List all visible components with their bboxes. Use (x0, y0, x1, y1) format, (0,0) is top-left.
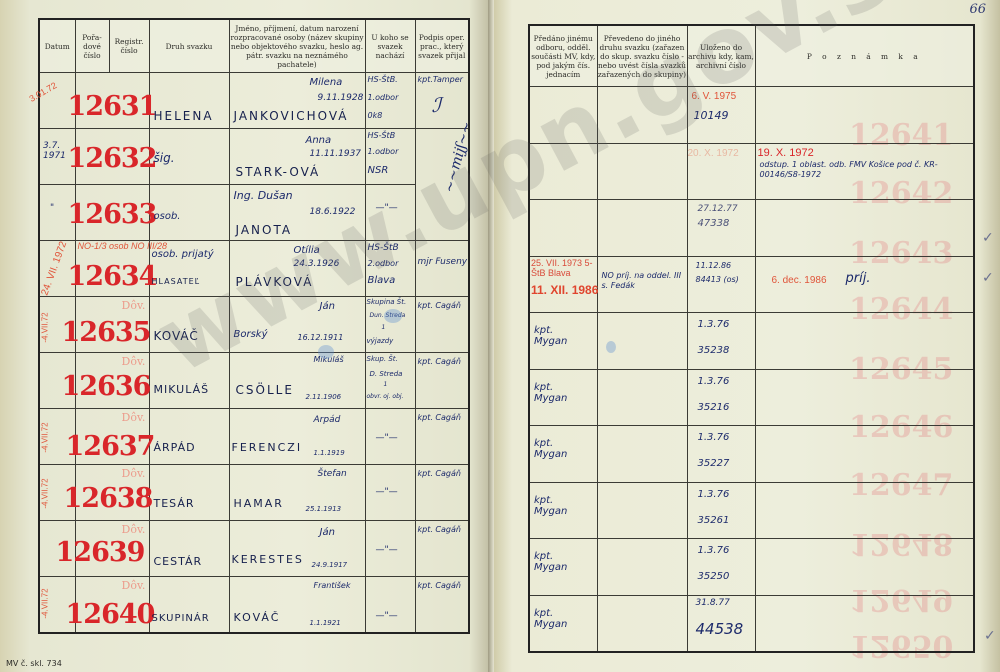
registry-number-stamp: 12637 (66, 431, 155, 462)
table-row: -4.VII.72 Dôv. 12638 TESÁR Štefan HAMAR … (39, 465, 469, 521)
first-name: Ján (320, 527, 335, 538)
surname: PLÁVKOVÁ (236, 275, 314, 289)
birth-date: 16.12.1911 (298, 333, 344, 342)
handed-over-stamp: 11. XII. 1986 (531, 283, 598, 297)
file-type: TESÁR (154, 497, 195, 510)
table-row: Dôv. 12639 CESTÁR Ján KERESTES 24.9.1917… (39, 521, 469, 577)
registry-number-stamp: 12633 (68, 199, 157, 230)
location-line: HS-ŠtB (368, 131, 396, 140)
date-stamp: -4.VII.72 (41, 588, 50, 618)
location-line: HS-ŠtB. (368, 75, 398, 84)
ink-blot (318, 345, 334, 359)
registry-number-stamp: 12638 (64, 483, 153, 514)
table-row: 3.01.72 12631 HELENA Milena 9.11.1928 JA… (39, 73, 469, 129)
right-ledger-page: 66 12641 12642 12643 12644 12645 12646 1… (494, 0, 1000, 672)
location-line: HS-ŠtB (368, 243, 399, 253)
location-line: 1.odbor (368, 147, 399, 156)
birth-date: 1.1.1921 (310, 619, 341, 627)
date-stamp: -4.VII.72 (41, 478, 50, 508)
first-name: Arpád (314, 415, 341, 425)
archive-date: 31.8.77 (696, 598, 730, 608)
officer-signature: kpt. Cagáň (418, 357, 461, 366)
officer-signature: kpt.Tamper (418, 75, 463, 84)
officer-signature: kpt. Cagáň (418, 469, 461, 478)
officer-signature: mjr Fuseny (418, 257, 468, 267)
col-header-handed-over: Předáno jinému odboru, odděl. součásti M… (529, 25, 597, 87)
table-row: 24. VII. 1972 NO-1/3 osob NO III/28 1263… (39, 241, 469, 297)
birth-date: 25.1.1913 (306, 505, 342, 513)
archive-number: 47338 (698, 218, 730, 229)
file-type: osob. prijatý (152, 249, 214, 260)
col-header-date: Datum (39, 19, 75, 73)
table-row: -4.VII.72 Dôv. 12635 KOVÁČ Ján Borský 16… (39, 297, 469, 353)
archive-date: 11.12.86 (696, 261, 732, 270)
location-ditto: —"— (376, 487, 398, 497)
birth-date: 24.3.1926 (294, 259, 340, 269)
table-row: Dôv. 12636 MIKULÁŠ Mikuláš CSÖLLE 2.11.1… (39, 353, 469, 409)
archive-date: 1.3.76 (698, 489, 730, 500)
date-stamp: 3.01.72 (28, 80, 59, 104)
surname: KOVÁČ (234, 611, 281, 624)
registry-table-left: Datum Pořa-dové číslo Registr. číslo Dru… (38, 18, 470, 634)
col-header-transferred: Převedeno do jiného druhu svazku (zařaze… (597, 25, 687, 87)
location-line: 1 (382, 324, 386, 331)
location-line: 2.odbor (368, 259, 399, 268)
table-row: 6. V. 1975 10149 (529, 87, 974, 144)
registry-number-stamp: 12634 (68, 261, 157, 292)
archive-date: 1.3.76 (698, 545, 730, 556)
table-row: kpt. Mygan 1.3.76 35250 (529, 539, 974, 596)
first-name: Ján (320, 301, 335, 312)
location-ditto: —"— (376, 611, 398, 621)
surname: FERENCZI (232, 441, 303, 454)
registry-note: Dôv. (122, 467, 146, 480)
officer-signature: kpt. Cagáň (418, 581, 461, 590)
handed-over-note: kpt. Mygan (534, 551, 574, 573)
surname: STARK-OVÁ (236, 165, 321, 179)
file-type-note: HLASATEĽ (152, 277, 201, 286)
birth-date: 11.11.1937 (310, 149, 362, 159)
archive-number: 35227 (698, 458, 730, 469)
file-type: šig. (154, 151, 175, 165)
registry-note: Dôv. (122, 579, 146, 592)
date-stamp: -4.VII.72 (41, 422, 50, 452)
registry-note: Dôv. (122, 411, 146, 424)
handed-over-note: kpt. Mygan (534, 608, 574, 630)
handed-over-note: kpt. Mygan (534, 382, 574, 404)
handed-over-note: kpt. Mygan (534, 325, 574, 347)
surname: KERESTES (232, 553, 304, 566)
location-line: Skupina Št. (367, 298, 407, 306)
archive-number: 10149 (694, 109, 729, 122)
archive-number: 35261 (698, 515, 730, 526)
checkmark-icon: ✓ (982, 230, 994, 246)
checkmark-icon: ✓ (982, 270, 994, 286)
file-type: KOVÁČ (154, 329, 199, 343)
first-name: Anna (306, 135, 332, 146)
left-ledger-page: Datum Pořa-dové číslo Registr. číslo Dru… (0, 0, 494, 672)
form-code: MV č. skl. 734 (6, 659, 62, 668)
registry-number-stamp: 12635 (62, 317, 151, 348)
archive-number: 35216 (698, 402, 730, 413)
table-row: 27.12.77 47338 (529, 200, 974, 257)
date: " (50, 203, 54, 213)
table-row: kpt. Mygan 1.3.76 35261 (529, 482, 974, 539)
header-row: Předáno jinému odboru, odděl. součásti M… (529, 25, 974, 87)
archive-date-stamp: 6. V. 1975 (692, 91, 737, 102)
location-line: Skup. Št. (367, 355, 398, 363)
location-line: 1 (384, 381, 388, 388)
location-line: NSR (368, 165, 389, 176)
birth-date: 9.11.1928 (318, 93, 364, 103)
birth-date: 2.11.1906 (306, 393, 342, 401)
transfer-note: NO príj. na oddel. III s. Fedák (602, 271, 682, 291)
table-row: 25. VII. 1973 5-ŠtB Blava 11. XII. 1986 … (529, 256, 974, 313)
table-row: 20. X. 1972 19. X. 1972 odstup. 1 oblast… (529, 143, 974, 200)
handed-over-note: kpt. Mygan (534, 495, 574, 517)
table-row: -4.VII.72 Dôv. 12637 ÁRPÁD Arpád FERENCZ… (39, 409, 469, 465)
birth-date: 24.9.1917 (312, 561, 348, 569)
col-header-note: P o z n á m k a (755, 25, 974, 87)
file-type: MIKULÁŠ (154, 383, 210, 396)
handed-over-note: kpt. Mygan (534, 438, 574, 460)
officer-signature: kpt. Cagáň (418, 525, 461, 534)
location-line: 1.odbor (368, 93, 399, 102)
date-stamp: 24. VII. 1972 (39, 240, 69, 297)
date-stamp: -4.VII.72 (41, 312, 50, 342)
signature-scribble-icon: ℐ (432, 93, 441, 117)
officer-signature: kpt. Cagáň (418, 301, 461, 310)
registry-note: Dôv. (122, 355, 146, 368)
first-name: Štefan (318, 469, 347, 479)
first-name: Ing. Dušan (234, 189, 293, 202)
table-row: -4.VII.72 Dôv. 12640 SKUPINÁR František … (39, 577, 469, 634)
col-header-file-type: Druh svazku (149, 19, 229, 73)
location-line: 0k8 (368, 111, 383, 120)
surname: JANKOVICHOVÁ (234, 109, 349, 123)
file-type: HELENA (154, 109, 214, 123)
signature-scribble-icon: ~~mijʃ~~ (441, 120, 475, 194)
archive-date: 1.3.76 (698, 319, 730, 330)
location-ditto: —"— (376, 203, 398, 213)
location-ditto: —"— (376, 433, 398, 443)
location-line: výjazdy (367, 337, 394, 345)
table-row: 3.7. 1971 12632 šig. Anna 11.11.1937 STA… (39, 129, 469, 185)
col-header-signature: Podpis oper. prac., který svazek přijal (415, 19, 469, 73)
file-type: CESTÁR (154, 555, 203, 568)
surname: HAMAR (234, 497, 284, 510)
first-name: Milena (310, 77, 343, 88)
registry-note: Dôv. (122, 523, 146, 536)
location-line: obvr. oj. obj. (367, 393, 404, 400)
registry-number-stamp: 12636 (62, 371, 151, 402)
col-header-order-number: Pořa-dové číslo (75, 19, 109, 73)
col-header-archived: Uloženo do archivu kdy, kam, archivní čí… (687, 25, 755, 87)
file-type: osob. (154, 211, 181, 222)
first-name: František (314, 581, 351, 590)
table-row: " 12633 osob. Ing. Dušan 18.6.1922 JANOT… (39, 185, 469, 241)
ink-blot (384, 309, 402, 323)
header-row: Datum Pořa-dové číslo Registr. číslo Dru… (39, 19, 469, 73)
registry-table-right: Předáno jinému odboru, odděl. součásti M… (528, 24, 975, 653)
checkmark-icon: ✓ (984, 628, 996, 644)
archive-date: 27.12.77 (698, 204, 738, 214)
table-row: kpt. Mygan 31.8.77 44538 (529, 595, 974, 652)
col-header-registry-number: Registr. číslo (109, 19, 149, 73)
birth-date: 18.6.1922 (310, 207, 356, 217)
archive-date: 1.3.76 (698, 376, 730, 387)
archive-number: 84413 (os) (696, 275, 746, 284)
first-name: Otília (294, 245, 320, 256)
surname: CSÖLLE (236, 383, 294, 397)
surname: Borský (234, 329, 268, 340)
archive-date: 1.3.76 (698, 432, 730, 443)
table-row: kpt. Mygan 1.3.76 35216 (529, 369, 974, 426)
archive-number: 35238 (698, 345, 730, 356)
archive-date-stamp: 20. X. 1972 (688, 148, 739, 159)
note-text: odstup. 1 oblast. odb. FMV Košice pod č.… (760, 160, 970, 180)
registry-number-stamp: 12639 (56, 537, 145, 568)
file-type: SKUPINÁR (152, 613, 210, 624)
note-date-stamp: 6. dec. 1986 (772, 275, 827, 286)
ink-blot (606, 341, 616, 353)
archive-number: 44538 (696, 620, 744, 638)
registry-number-stamp: 12632 (68, 143, 157, 174)
surname: JANOTA (236, 223, 293, 237)
handed-over-note: 25. VII. 1973 5-ŠtB Blava (531, 258, 597, 278)
file-type: ÁRPÁD (154, 441, 196, 454)
birth-date: 1.1.1919 (314, 449, 345, 457)
table-row: kpt. Mygan 1.3.76 35227 (529, 426, 974, 483)
registry-number-stamp: 12631 (68, 91, 157, 122)
location-line: D. Streda (370, 370, 403, 378)
officer-signature: kpt. Cagáň (418, 413, 461, 422)
col-header-file-location: U koho se svazek nachází (365, 19, 415, 73)
note-date-stamp: 19. X. 1972 (758, 147, 814, 159)
registry-note: Dôv. (122, 299, 146, 312)
archive-number: 35250 (698, 571, 730, 582)
table-row: kpt. Mygan 1.3.76 35238 (529, 313, 974, 370)
location-line: Blava (368, 275, 396, 286)
col-header-person-name: Jméno, příjmení, datum narození rozpraco… (229, 19, 365, 73)
location-ditto: —"— (376, 545, 398, 555)
registry-number-stamp: 12640 (66, 599, 155, 630)
note-text: príj. (846, 271, 871, 286)
page-number: 66 (969, 2, 986, 17)
